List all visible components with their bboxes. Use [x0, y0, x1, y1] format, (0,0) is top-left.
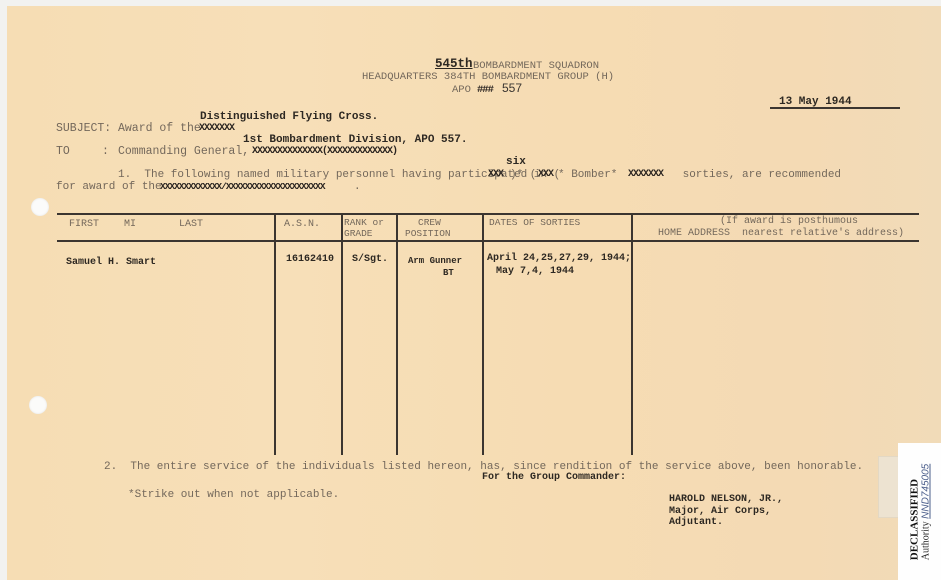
header-address-2b: nearest relative's address): [742, 228, 904, 240]
paragraph1-line1-mid: )* (: [510, 169, 536, 181]
cell-crew-2: BT: [443, 267, 454, 279]
header-rank-2: GRADE: [344, 228, 373, 240]
declassified-label: DECLASSIFIED: [908, 463, 920, 559]
declassified-stamp: DECLASSIFIED Authority NND745005: [898, 443, 941, 580]
header-mi: MI: [124, 219, 136, 231]
paper-tab: [878, 456, 900, 518]
footnote: *Strike out when not applicable.: [128, 489, 339, 501]
column-divider: [631, 213, 633, 455]
column-divider: [482, 213, 484, 455]
header-last: LAST: [179, 219, 203, 231]
for-commander-line: For the Group Commander:: [482, 472, 626, 484]
to-text: Commanding General,: [118, 146, 249, 158]
struck-award: XXXXXXXXXXXXX/XXXXXXXXXXXXXXXXXXXXX: [160, 181, 325, 193]
count-insertion: six: [506, 156, 526, 168]
column-divider: [341, 213, 343, 455]
to-colon: :: [102, 146, 109, 158]
header-address-2a: HOME ADDRESS: [658, 228, 730, 240]
table-header-rule: [57, 240, 919, 242]
to-insertion: 1st Bombardment Division, APO 557.: [243, 134, 467, 146]
squadron-number: 545th: [435, 58, 473, 70]
header-address-1: (If award is posthumous: [720, 216, 858, 228]
punch-hole-bottom: [29, 396, 47, 414]
signer-title: Adjutant.: [669, 517, 723, 529]
cell-asn: 16162410: [286, 254, 334, 266]
authority-label: Authority: [920, 521, 931, 560]
struck-type: XXX: [538, 169, 553, 181]
subject-text: Award of the: [118, 123, 201, 135]
subject-label: SUBJECT:: [56, 123, 111, 135]
header-dates: DATES OF SORTIES: [489, 217, 580, 229]
column-divider: [396, 213, 398, 455]
cell-name: Samuel H. Smart: [66, 257, 156, 269]
bomber-label: * Bomber*: [558, 169, 617, 181]
apo-label: APO: [452, 84, 471, 96]
paragraph1-line1-suffix: sorties, are recommended: [676, 169, 841, 181]
subject-insertion: Distinguished Flying Cross.: [200, 111, 378, 123]
cell-dates-1: April 24,25,27,29, 1944;: [487, 253, 631, 265]
struck-count: XXX: [488, 169, 503, 181]
struck-fighter: XXXXXXX: [628, 169, 663, 181]
to-struck: XXXXXXXXXXXXXX(XXXXXXXXXXXXX): [252, 146, 397, 158]
cell-crew-1: Arm Gunner: [408, 255, 462, 267]
cell-dates-2: May 7,4, 1944: [496, 266, 574, 278]
to-label: TO: [56, 146, 70, 158]
date-underline: [770, 107, 900, 109]
authority-line: Authority NND745005: [920, 463, 931, 559]
subject-struck: XXXXXXX: [199, 123, 234, 135]
authority-code: NND745005: [920, 463, 931, 518]
signer-name: HAROLD NELSON, JR.,: [669, 494, 783, 506]
table-top-rule: [57, 213, 919, 215]
cell-rank: S/Sgt.: [352, 254, 388, 266]
header-crew-2: POSITION: [405, 228, 451, 240]
header-first: FIRST: [69, 219, 99, 231]
header-asn: A.S.N.: [284, 219, 320, 231]
apo-struck: ###: [477, 84, 493, 96]
group-line: HEADQUARTERS 384TH BOMBARDMENT GROUP (H): [362, 71, 614, 83]
column-divider: [274, 213, 276, 455]
paragraph1-line2-suffix: .: [354, 181, 361, 193]
punch-hole-top: [31, 198, 49, 216]
paragraph1-line2-prefix: for award of the: [56, 181, 168, 193]
apo-number: 557: [502, 82, 522, 94]
